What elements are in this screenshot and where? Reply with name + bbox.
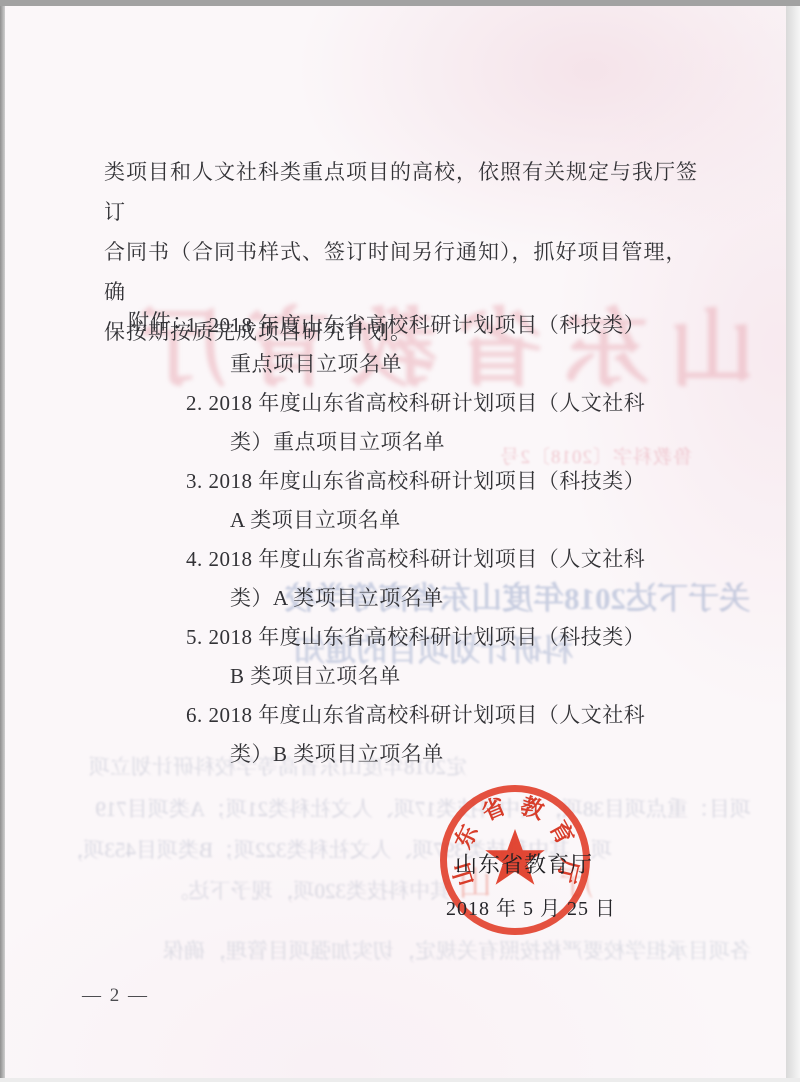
bleedthrough-text: 其中科技类320项，现予下达。 xyxy=(151,878,451,904)
attachment-line: 类）B 类项目立项名单 xyxy=(230,735,716,774)
scan-right-edge xyxy=(786,6,800,1082)
attachment-line: 5. 2018 年度山东省高校科研计划项目（科技类） xyxy=(186,618,716,657)
attachment-line: 类）A 类项目立项名单 xyxy=(230,579,716,618)
attachment-label: 附件： xyxy=(128,306,194,336)
bleedthrough-text: 各项目承担学校要严格按照有关规定，切实加强项目管理，确保 xyxy=(65,938,751,964)
attachment-line: 类）重点项目立项名单 xyxy=(230,423,716,462)
scan-paper: 类项目和人文社科类重点项目的高校，依照有关规定与我厅签订合同书（合同书样式、签订… xyxy=(5,6,786,1078)
attachment-line: 2. 2018 年度山东省高校科研计划项目（人文社科 xyxy=(186,384,716,423)
attachment-line: 1. 2018 年度山东省高校科研计划项目（科技类） xyxy=(186,306,716,345)
attachment-line: 3. 2018 年度山东省高校科研计划项目（科技类） xyxy=(186,462,716,501)
bleedthrough-text: 项目：重点项目38项，其中科技类17项、人文社科类21项；A类项目719 xyxy=(67,796,751,822)
signature-date: 2018 年 5 月 25 日 xyxy=(446,892,616,921)
attachment-line: 4. 2018 年度山东省高校科研计划项目（人文社科 xyxy=(186,540,716,579)
body-line: 类项目和人文社科类重点项目的高校，依照有关规定与我厅签订 xyxy=(104,152,708,232)
agency-name: 山东省教育厅 xyxy=(455,848,593,879)
attachment-line: B 类项目立项名单 xyxy=(230,657,716,696)
page-number: — 2 — xyxy=(82,985,149,1007)
attachment-list: 1. 2018 年度山东省高校科研计划项目（科技类）重点项目立项名单2. 201… xyxy=(186,306,716,774)
attachment-line: 6. 2018 年度山东省高校科研计划项目（人文社科 xyxy=(186,696,716,735)
body-line: 合同书（合同书样式、签订时间另行通知），抓好项目管理，确 xyxy=(104,232,708,312)
attachment-line: 重点项目立项名单 xyxy=(230,345,716,384)
scanned-document-page: 类项目和人文社科类重点项目的高校，依照有关规定与我厅签订合同书（合同书样式、签订… xyxy=(0,0,800,1082)
scan-bottom-edge xyxy=(0,1078,800,1082)
attachment-line: A 类项目立项名单 xyxy=(230,501,716,540)
